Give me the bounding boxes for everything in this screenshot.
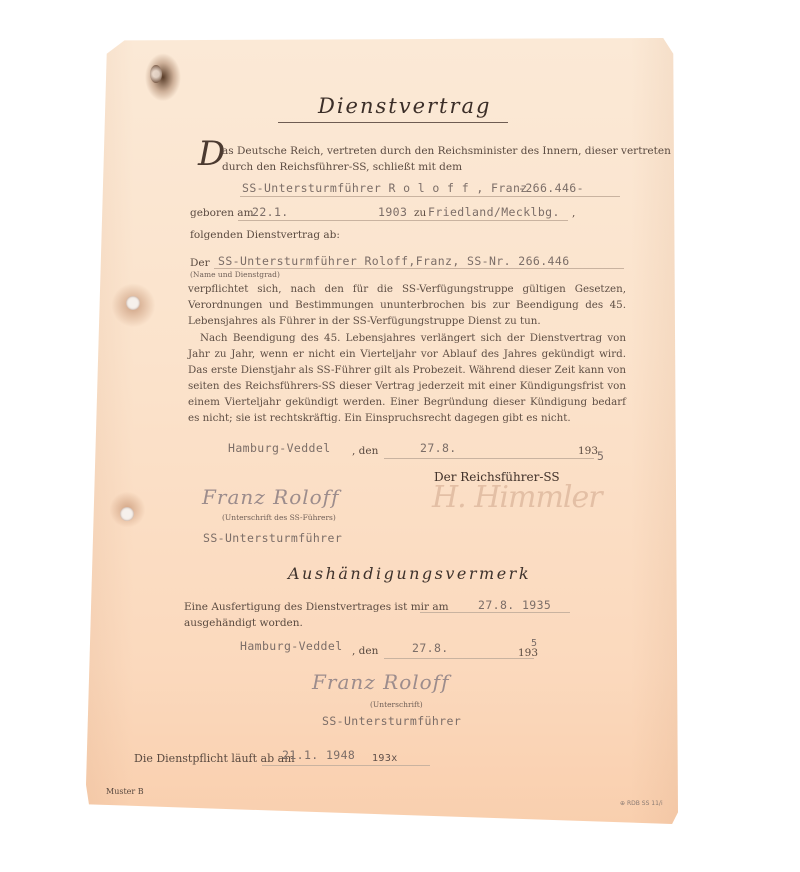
year-suffix-2: 5 bbox=[531, 638, 537, 649]
officer-rank: SS-Untersturmführer bbox=[203, 531, 342, 545]
der-label: Der bbox=[190, 257, 210, 269]
blank-line bbox=[238, 220, 568, 221]
place-1: Hamburg-Veddel bbox=[228, 441, 331, 455]
document-title: Dienstvertrag bbox=[318, 94, 492, 118]
party-name: SS-Untersturmführer R o l o f f , Franz bbox=[242, 181, 528, 195]
burn-mark bbox=[150, 65, 162, 83]
printer-mark: ⊕ RDB SS 11/i bbox=[620, 800, 663, 807]
following-label: folgenden Dienstvertrag ab: bbox=[190, 229, 340, 241]
born-day: 22.1. bbox=[252, 205, 289, 219]
handover-line-1: Eine Ausfertigung des Dienstvertrages is… bbox=[184, 601, 449, 613]
blank-line bbox=[384, 658, 534, 659]
den-label-1: , den bbox=[352, 445, 378, 457]
blank-line bbox=[214, 268, 624, 269]
expiry-date: 21.1. 1948 bbox=[282, 748, 355, 762]
handover-date: 27.8. 1935 bbox=[478, 598, 551, 612]
expiry-label: Die Dienstpflicht läuft ab am bbox=[134, 752, 295, 765]
blank-line bbox=[420, 612, 570, 613]
year-suffix-1: 5 bbox=[597, 449, 604, 463]
party-number: -266.446- bbox=[518, 181, 584, 195]
paragraph-2: Nach Beendigung des 45. Lebensjahres ver… bbox=[188, 330, 626, 426]
emblem-icon: ⊕ bbox=[620, 800, 625, 807]
blank-line bbox=[384, 458, 594, 459]
officer-signature: Franz Roloff bbox=[202, 485, 339, 509]
date-1: 27.8. bbox=[420, 441, 457, 455]
paragraph-1: verpflichtet sich, nach den für die SS-V… bbox=[188, 281, 626, 329]
birth-place: Friedland/Mecklbg. bbox=[428, 205, 560, 219]
printer-code: RDB SS 11/i bbox=[627, 800, 663, 807]
title-underline bbox=[278, 122, 508, 123]
blank-line bbox=[262, 765, 430, 766]
handover-sig-caption: (Unterschrift) bbox=[370, 700, 423, 709]
punch-hole bbox=[126, 296, 140, 310]
der-value: SS-Untersturmführer Roloff,Franz, SS-Nr.… bbox=[218, 254, 570, 268]
punch-hole bbox=[120, 507, 134, 521]
date-2: 27.8. bbox=[412, 641, 449, 655]
handover-line-2: ausgehändigt worden. bbox=[184, 617, 303, 629]
handover-rank: SS-Untersturmführer bbox=[322, 714, 461, 728]
blank-line bbox=[240, 196, 620, 197]
born-label: geboren am bbox=[190, 207, 254, 219]
handover-title: Aushändigungsvermerk bbox=[288, 564, 531, 583]
reichsfuehrer-signature: H. Himmler bbox=[432, 480, 602, 515]
officer-sig-caption: (Unterschrift des SS-Führers) bbox=[222, 513, 336, 522]
born-year: 1903 bbox=[378, 205, 407, 219]
intro-line-2: durch den Reichsführer-SS, schließt mit … bbox=[222, 161, 462, 173]
der-caption: (Name und Dienstgrad) bbox=[190, 270, 280, 279]
form-number: Muster B bbox=[106, 787, 144, 796]
struck-year: 193x bbox=[372, 753, 398, 764]
comma: , bbox=[572, 207, 575, 219]
place-2: Hamburg-Veddel bbox=[240, 639, 343, 653]
handover-signature: Franz Roloff bbox=[312, 670, 449, 694]
year-prefix-1: 193 bbox=[578, 445, 598, 457]
den-label-2: , den bbox=[352, 645, 378, 657]
place-label: zu bbox=[414, 207, 426, 219]
intro-line-1: as Deutsche Reich, vertreten durch den R… bbox=[222, 145, 671, 157]
